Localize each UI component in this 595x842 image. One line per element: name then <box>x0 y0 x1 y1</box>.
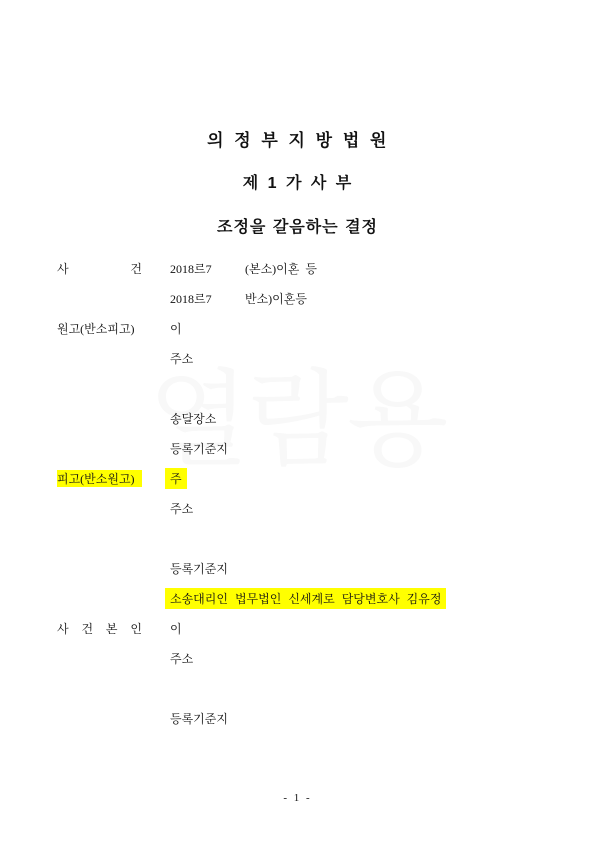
registry-row: 등록기준지 <box>57 553 557 583</box>
plaintiff-name: 이 <box>170 320 182 337</box>
service-address-row: 송달장소 <box>57 403 557 433</box>
division-name: 제 1 가 사 부 <box>0 170 595 193</box>
service-address-label: 송달장소 <box>170 410 216 427</box>
address-label: 주소 <box>170 500 193 517</box>
subject-person-label: 사 건 본 인 <box>57 620 142 637</box>
registry-label: 등록기준지 <box>170 440 228 457</box>
address-row: 주소 <box>57 643 557 673</box>
address-label: 주소 <box>170 650 193 667</box>
case-number: 2018르7 <box>170 260 245 277</box>
defendant-row: 피고(반소원고) 주 <box>57 463 557 493</box>
registry-row: 등록기준지 <box>57 703 557 733</box>
page-number: - 1 - <box>0 792 595 804</box>
case-row: 2018르7 반소)이혼등 <box>57 283 557 313</box>
case-row: 사 건 2018르7 (본소)이혼 등 <box>57 253 557 283</box>
defendant-label: 피고(반소원고) <box>57 470 142 487</box>
counsel-row: 소송대리인 법무법인 신세계로 담당변호사 김유정 <box>57 583 557 613</box>
blank-row <box>57 373 557 403</box>
blank-row <box>57 523 557 553</box>
address-label: 주소 <box>170 350 193 367</box>
registry-row: 등록기준지 <box>57 433 557 463</box>
document-page: 열람용 의 정 부 지 방 법 원 제 1 가 사 부 조정을 갈음하는 결정 … <box>0 0 595 842</box>
defendant-name: 주 <box>165 468 187 489</box>
case-number: 2018르7 <box>170 290 245 307</box>
subject-person-row: 사 건 본 인 이 <box>57 613 557 643</box>
blank-row <box>57 673 557 703</box>
registry-label: 등록기준지 <box>170 710 228 727</box>
case-title: 반소)이혼등 <box>245 290 307 307</box>
case-title: (본소)이혼 등 <box>245 260 317 277</box>
address-row: 주소 <box>57 343 557 373</box>
case-label: 사 건 <box>57 260 142 277</box>
plaintiff-row: 원고(반소피고) 이 <box>57 313 557 343</box>
case-fields: 사 건 2018르7 (본소)이혼 등 2018르7 반소)이혼등 원고(반소피… <box>57 253 557 733</box>
court-name: 의 정 부 지 방 법 원 <box>0 126 595 151</box>
document-title: 조정을 갈음하는 결정 <box>0 214 595 237</box>
address-row: 주소 <box>57 493 557 523</box>
subject-person-name: 이 <box>170 620 182 637</box>
counsel-text: 소송대리인 법무법인 신세계로 담당변호사 김유정 <box>165 588 446 609</box>
registry-label: 등록기준지 <box>170 560 228 577</box>
plaintiff-label: 원고(반소피고) <box>57 320 142 337</box>
